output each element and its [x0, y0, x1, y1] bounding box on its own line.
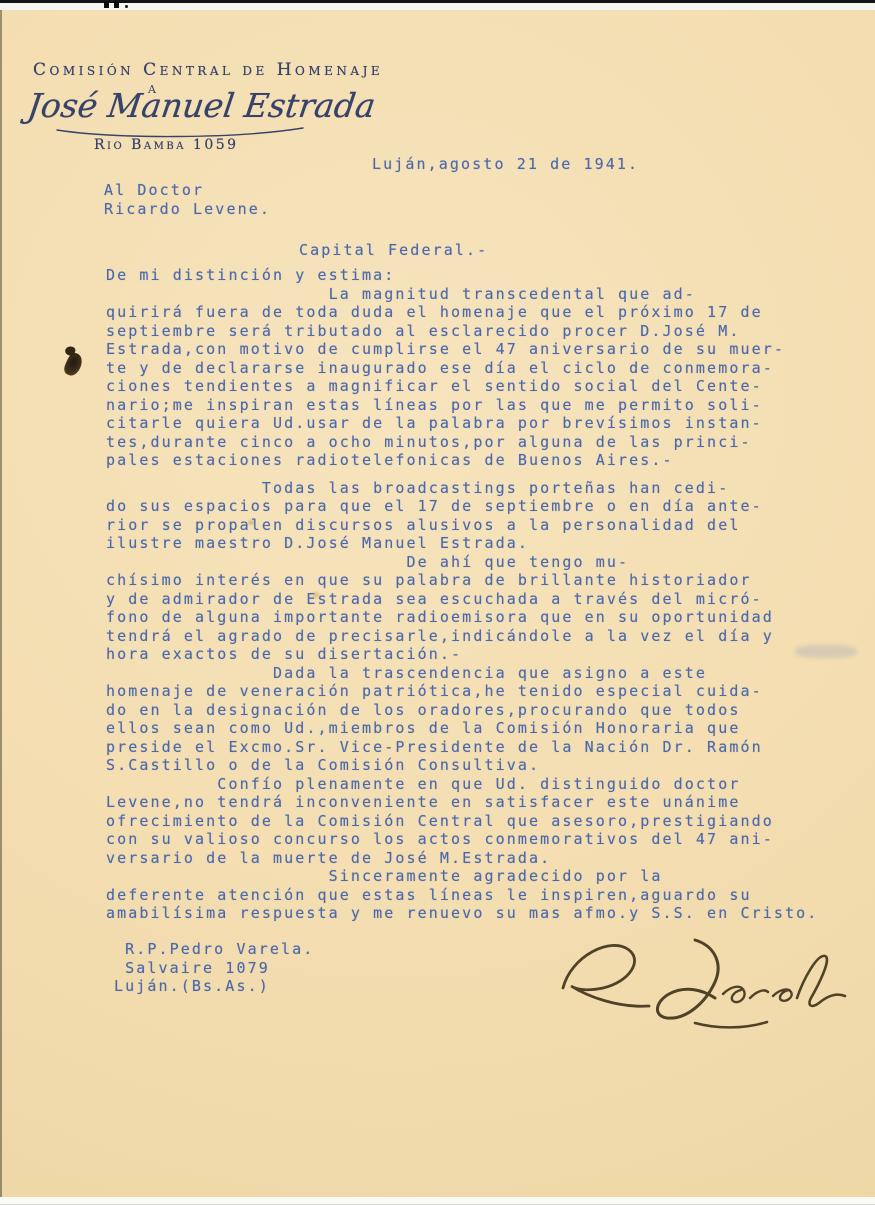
handwritten-signature — [545, 920, 865, 1045]
scanner-edge-bottom — [0, 1197, 875, 1205]
salutation: De mi distinción y estima: — [106, 266, 836, 285]
letterhead-address: Rio Bamba 1059 — [94, 137, 239, 153]
body-paragraph-1: La magnitud transcedental que ad- quirir… — [106, 285, 836, 470]
paper-speck — [312, 592, 320, 598]
letter-body: De mi distinción y estima: La magnitud t… — [106, 266, 836, 923]
body-paragraph-4: Dada la trascendencia que asigno a este … — [106, 664, 836, 775]
body-paragraph-5: Confío plenamente en que Ud. distinguido… — [106, 775, 836, 868]
ink-smudge — [795, 645, 857, 658]
paper-speck — [248, 520, 254, 525]
body-paragraph-3: De ahí que tengo mu- chísimo interés en … — [106, 553, 836, 664]
body-paragraph-2: Todas las broadcastings porteñas han ced… — [106, 479, 836, 553]
letterhead-name-script: José Manuel Estrada — [25, 86, 330, 125]
letterhead-title: Comisión Central de Homenaje — [33, 60, 383, 80]
recipient-address: Al Doctor Ricardo Levene. — [104, 181, 271, 218]
date-line: Luján,agosto 21 de 1941. — [372, 155, 639, 174]
place-line: Capital Federal.- — [299, 241, 488, 260]
sender-signature-block: R.P.Pedro Varela. Salvaire 1079 Luján.(B… — [114, 940, 314, 996]
scanner-edge-top — [0, 0, 875, 10]
scanned-letter-page: Comisión Central de Homenaje A José Manu… — [0, 0, 875, 1205]
body-paragraph-6: Sinceramente agradecido por la deferente… — [106, 867, 836, 923]
scanner-edge-left — [0, 10, 2, 1197]
ink-blot-stain — [62, 351, 85, 378]
